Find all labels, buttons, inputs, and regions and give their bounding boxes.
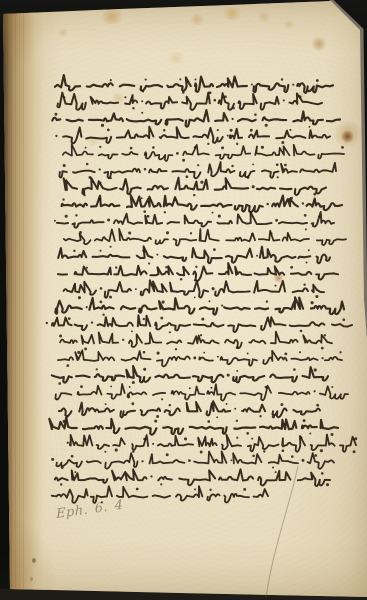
script-line — [55, 469, 330, 486]
script-line — [64, 178, 326, 197]
script-line — [46, 315, 352, 333]
script-line — [67, 435, 358, 454]
script-line — [52, 486, 268, 503]
script-line — [55, 127, 330, 145]
crease-line — [266, 466, 298, 598]
script-line — [59, 162, 336, 179]
script-line — [57, 93, 322, 110]
script-line — [55, 75, 333, 94]
script-line — [52, 366, 328, 385]
script-line — [63, 144, 344, 161]
script-line — [58, 263, 338, 281]
script-line — [59, 332, 332, 351]
script-line — [51, 451, 334, 469]
script-line — [55, 384, 348, 401]
script-line — [58, 246, 330, 264]
script-line — [64, 280, 324, 299]
script-line — [64, 229, 346, 248]
script-line — [49, 418, 338, 437]
photo-background: Eph. 6. 4 — [0, 0, 367, 600]
script-line — [55, 297, 344, 315]
script-line — [58, 350, 342, 367]
script-line — [62, 195, 342, 213]
script-line — [54, 212, 334, 230]
script-text-svg — [0, 0, 367, 600]
script-line — [52, 110, 340, 128]
script-line — [59, 401, 320, 418]
